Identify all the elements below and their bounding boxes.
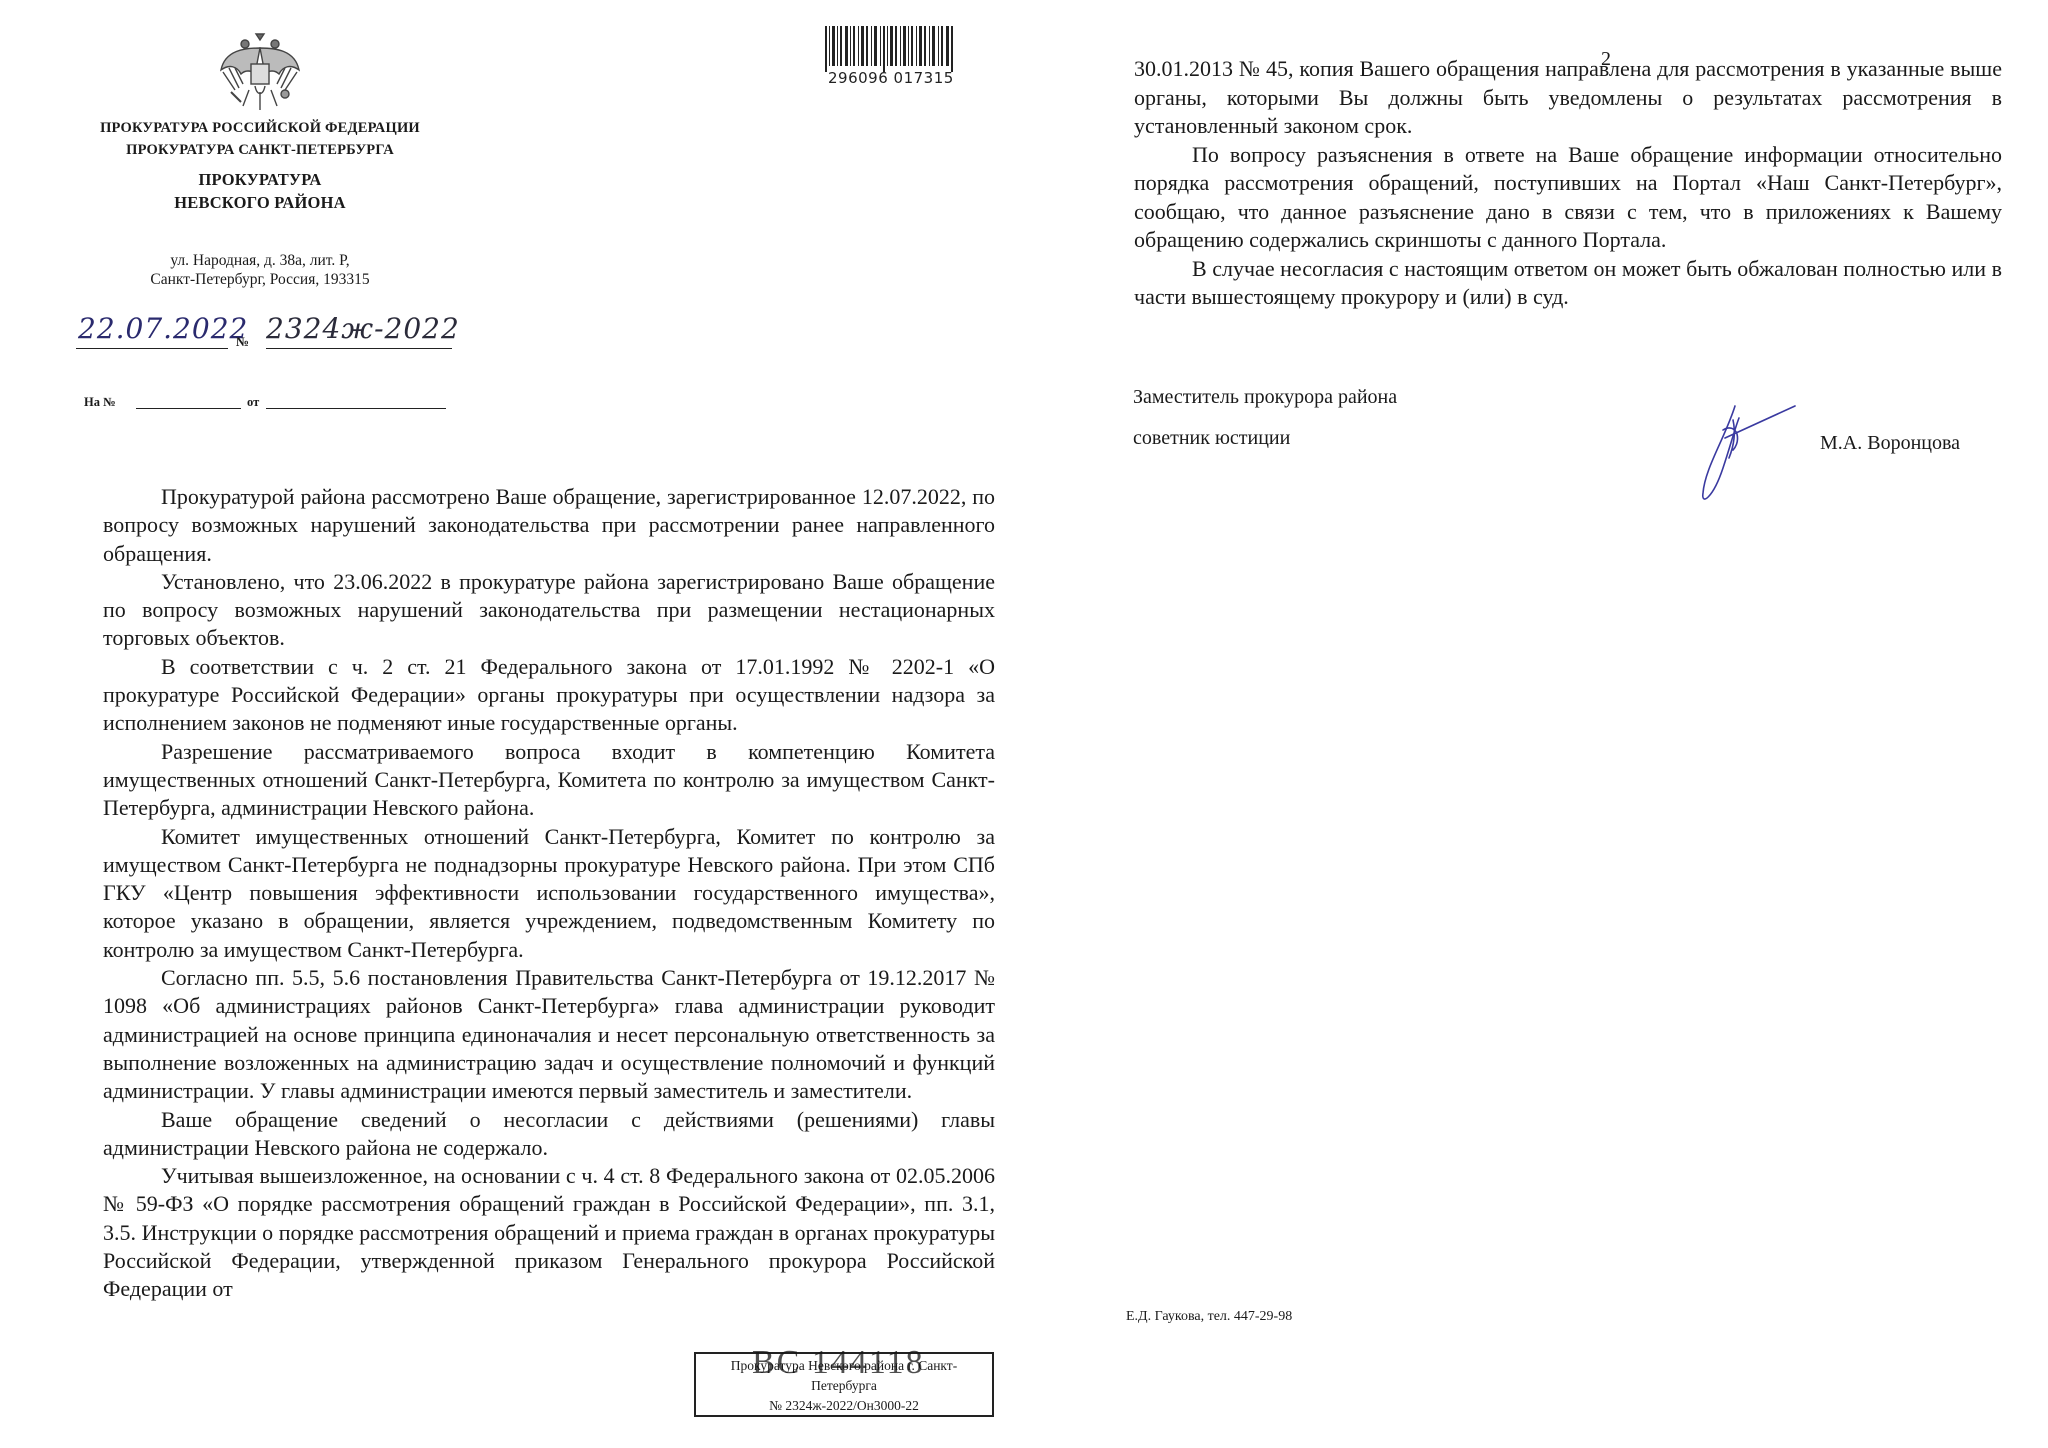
signature-icon [1695,398,1805,508]
stamp-line-3: № 2324ж-2022/Он3000-22 [696,1396,992,1416]
org-name-district-2: НЕВСКОГО РАЙОНА [0,193,520,213]
in-reply-row: На № от [84,395,464,415]
paragraph: Комитет имущественных отношений Санкт-Пе… [103,823,995,964]
number-sign: № [236,334,249,350]
registration-number: 2324ж-2022 [266,312,460,345]
page-1: ПРОКУРАТУРА РОССИЙСКОЙ ФЕДЕРАЦИИ ПРОКУРА… [0,0,1024,1448]
number-underline [266,348,452,349]
paragraph: Разрешение рассматриваемого вопроса вход… [103,738,995,823]
org-name-district-1: ПРОКУРАТУРА [0,170,520,190]
in-reply-label: На № [84,395,116,410]
paragraph: В соответствии с ч. 2 ст. 21 Федеральног… [103,653,995,738]
coat-of-arms-icon [215,30,305,116]
from-label: от [247,395,259,410]
paragraph: Установлено, что 23.06.2022 в прокуратур… [103,568,995,653]
org-name-federal: ПРОКУРАТУРА РОССИЙСКОЙ ФЕДЕРАЦИИ [0,120,520,137]
barcode-number: 296096 017315 [828,69,954,87]
letter-body-page2: 30.01.2013 № 45, копия Вашего обращения … [1134,55,2002,312]
paragraph: По вопросу разъяснения в ответе на Ваше … [1134,141,2002,255]
in-reply-blank [136,408,241,409]
paragraph: Согласно пп. 5.5, 5.6 постановления Прав… [103,964,995,1105]
registration-date: 22.07.2022 [78,312,248,345]
org-name-city: ПРОКУРАТУРА САНКТ-ПЕТЕРБУРГА [0,142,520,159]
letter-body-page1: Прокуратурой района рассмотрено Ваше обр… [103,483,995,1304]
signatory-rank: советник юстиции [1133,427,1290,450]
paragraph: 30.01.2013 № 45, копия Вашего обращения … [1134,55,2002,141]
paragraph: Учитывая вышеизложенное, на основании с … [103,1162,995,1303]
from-blank [266,408,446,409]
executor-contact: Е.Д. Гаукова, тел. 447-29-98 [1126,1309,1292,1325]
address-street: ул. Народная, д. 38а, лит. Р, [0,252,520,270]
paragraph: Прокуратурой района рассмотрено Ваше обр… [103,483,995,568]
signatory-name: М.А. Воронцова [1820,432,1960,455]
date-underline [76,348,228,349]
registration-row: 22.07.2022 № 2324ж-2022 [76,312,456,352]
paragraph: В случае несогласия с настоящим ответом … [1134,255,2002,312]
stamp-overlay-code: ВС 144118 [752,1344,925,1382]
paragraph: Ваше обращение сведений о несогласии с д… [103,1106,995,1163]
address-city: Санкт-Петербург, Россия, 193315 [0,271,520,289]
barcode-icon [825,26,955,72]
signatory-position: Заместитель прокурора района [1133,386,1397,409]
